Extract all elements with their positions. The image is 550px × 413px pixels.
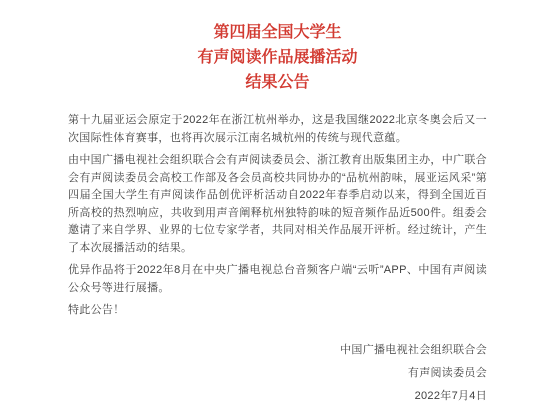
announcement-content: 第四届全国大学生 有声阅读作品展播活动 结果公告 第十九届亚运会原定于2022年…: [0, 0, 550, 413]
signature-date: 2022年7月4日: [68, 388, 487, 406]
page-title: 第四届全国大学生 有声阅读作品展播活动 结果公告: [68, 20, 487, 95]
title-line-2: 有声阅读作品展播活动: [68, 45, 487, 70]
paragraph-broadcast-plan: 优异作品将于2022年8月在中央广播电视总台音频客户端“云听”APP、中国有声阅…: [68, 262, 487, 297]
paragraph-intro: 第十九届亚运会原定于2022年在浙江杭州举办，这是我国继2022北京冬奥会后又一…: [68, 112, 487, 147]
announcement-page: 第四届全国大学生 有声阅读作品展播活动 结果公告 第十九届亚运会原定于2022年…: [0, 0, 550, 413]
announcement-body: 第十九届亚运会原定于2022年在浙江杭州举办，这是我国继2022北京冬奥会后又一…: [68, 112, 487, 320]
paragraph-closing: 特此公告！: [68, 302, 487, 320]
signature-block: 中国广播电视社会组织联合会 有声阅读委员会 2022年7月4日: [68, 342, 487, 406]
paragraph-activity-details: 由中国广播电视社会组织联合会有声阅读委员会、浙江教育出版集团主办，中广联合会有声…: [68, 152, 487, 257]
title-line-1: 第四届全国大学生: [68, 20, 487, 45]
title-line-3: 结果公告: [68, 70, 487, 95]
signature-department: 有声阅读委员会: [68, 365, 487, 383]
signature-organization: 中国广播电视社会组织联合会: [68, 342, 487, 360]
